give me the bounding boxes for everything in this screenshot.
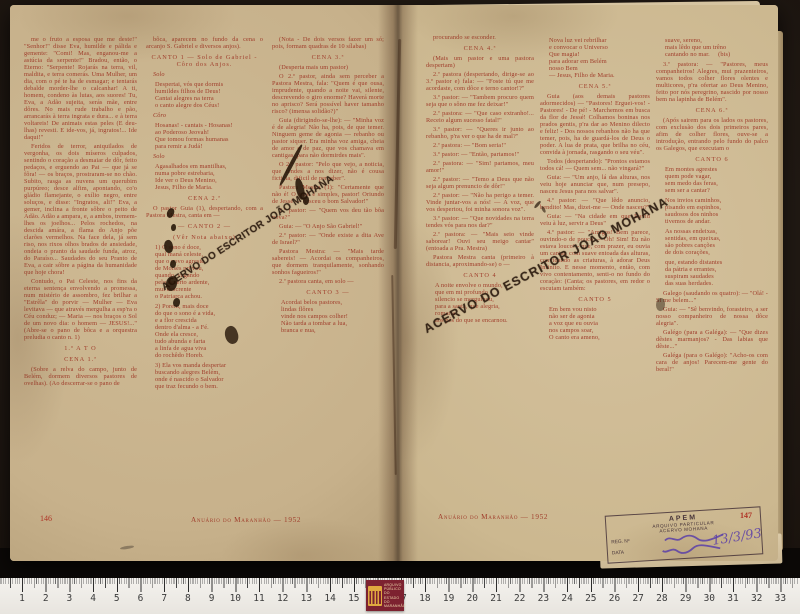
text-block: CENA 3.ª <box>272 54 384 61</box>
ruler-number: 1 <box>19 593 25 604</box>
text-block: O 2.º pastor, ainda sem perceber a Pasto… <box>272 73 384 115</box>
ink-blot <box>173 298 180 307</box>
logo-caption: ARQUIVO PÚBLICO DO ESTADO DO MARANHÃO <box>384 583 406 607</box>
ruler-number: 27 <box>632 593 643 604</box>
text-block: Côro <box>146 112 263 119</box>
text-block: Guia: — "O Anjo São Gabriel!" <box>272 223 384 230</box>
text-block: CENA 4.ª <box>426 45 534 52</box>
ruler-number: 7 <box>161 593 167 604</box>
text-block: Pastora Mestra: — "Mais tarde sabereis! … <box>272 248 384 276</box>
ruler-number: 12 <box>277 593 288 604</box>
ruler-number: 30 <box>704 593 715 604</box>
ruler-number: 31 <box>727 593 738 604</box>
ruler-number: 23 <box>538 593 549 604</box>
text-block: bôca, aparecem no fundo da cena o arcanj… <box>146 36 263 50</box>
text-block: 4.º pastor: — "Que lêdo anuncio, bendito… <box>540 197 650 211</box>
book-spread: me o fruto a esposa que me deste!" "Senh… <box>10 5 778 561</box>
scanned-book-photo: me o fruto a esposa que me deste!" "Senh… <box>0 0 800 614</box>
stamp-reg-label: REG. Nº <box>611 539 630 545</box>
text-block: 3.º pastor: — "Que novidades na terra te… <box>426 215 534 229</box>
text-block: 2.ª pastora (despertando, dirige-se ao 3… <box>426 71 534 92</box>
text-block: Solo <box>146 71 263 78</box>
text-block: Despertai, vós que dormis humildes filho… <box>155 81 263 109</box>
text-column: me o fruto a esposa que me deste!" "Senh… <box>24 36 137 510</box>
text-block: que, estando distantes da pátria e erran… <box>665 259 768 287</box>
ruler-number: 25 <box>585 593 596 604</box>
text-block: 2.º pastor: — "Não ha perigo a temer. Vi… <box>426 192 534 213</box>
ink-mark <box>656 298 665 311</box>
text-block: procurando se esconder. <box>426 34 534 41</box>
text-block: 2.ª pastora: — "Bom seria!" <box>426 142 534 149</box>
ruler-number: 6 <box>138 593 144 604</box>
ink-scribble <box>303 196 309 205</box>
text-block: Todos (despertando): "Prontos estamos to… <box>540 158 650 172</box>
ruler-number: 11 <box>253 593 264 604</box>
text-block: Galégo (para a Galéga): — "Que dizes dês… <box>656 329 768 350</box>
text-block: CENA 2.ª <box>146 195 263 202</box>
ruler-number: 26 <box>609 593 620 604</box>
ruler-number: 14 <box>324 593 335 604</box>
text-block: (Após sairem para os lados os pastores, … <box>656 117 768 152</box>
text-block: Agasalhados em mantilhas, numa pobre est… <box>155 163 263 191</box>
text-block: 3.º pastor: — "Então, partamos!" <box>426 151 534 158</box>
text-block: Guia: — "Um anjo, lá das alturas, nos ve… <box>540 174 650 195</box>
text-block: 3.º pastor: — "Tambem procuro quem seja … <box>426 94 534 108</box>
ruler-number: 8 <box>185 593 191 604</box>
stamp-date-label: DATA <box>612 551 624 557</box>
text-block: me o fruto a esposa que me deste!" "Senh… <box>24 36 137 141</box>
text-column: bôca, aparecem no fundo da cena o arcanj… <box>146 36 263 510</box>
running-footer: Anuário do Maranhão — 1952 <box>438 513 548 521</box>
text-block: CENA 6.ª <box>656 107 768 114</box>
ruler-number: 21 <box>490 593 501 604</box>
ruler-number: 15 <box>348 593 359 604</box>
page-146: me o fruto a esposa que me deste!" "Senh… <box>10 5 400 561</box>
text-block: CANTO 5 <box>540 296 650 303</box>
ruler-number: 4 <box>90 593 96 604</box>
text-block: 2.º pastor: — "Temo a Deus que não seja … <box>426 176 534 190</box>
ruler-number: 2 <box>43 593 49 604</box>
text-block: (Desperta mais um pastor) <box>272 64 384 71</box>
ruler: 1234567891011121314151617181920212223242… <box>0 578 800 614</box>
ruler-number: 24 <box>561 593 572 604</box>
text-block: Solo <box>146 153 263 160</box>
ruler-number: 19 <box>443 593 454 604</box>
ruler-number: 3 <box>67 593 73 604</box>
ruler-number: 22 <box>514 593 525 604</box>
building-icon <box>368 586 382 606</box>
ink-blot <box>171 224 176 231</box>
text-block: 3.º pastor: — "Queres ir junto ao rebanh… <box>426 126 534 140</box>
text-block: As nossas endeixas, sentidas, em queixas… <box>665 228 768 256</box>
text-block: Em montes agrestes quem pode vagar, sem … <box>665 166 768 194</box>
text-block: Feridos de terror, aniquilados de vergon… <box>24 143 137 276</box>
text-block: (Mais um pastor e uma pastora despertam) <box>426 55 534 69</box>
text-block: Nova luz vei rebrilhar e convocar o Univ… <box>549 37 650 79</box>
page-number: 146 <box>40 514 52 523</box>
text-block: Galéga (para o Galégo): "Acho-os com car… <box>656 352 768 373</box>
text-column: Nova luz vei rebrilhar e convocar o Univ… <box>540 34 650 508</box>
text-block: CANTO 1 — Solo de Gabriel - Côro dos Anj… <box>146 54 263 68</box>
apem-logo: ARQUIVO PÚBLICO DO ESTADO DO MARANHÃO <box>366 580 404 611</box>
ruler-number: 13 <box>301 593 312 604</box>
ruler-number: 10 <box>230 593 241 604</box>
text-block: Guia (dirigindo-se-lhe): — "Minha voz é … <box>272 117 384 159</box>
page-147: procurando se esconder.CENA 4.ª(Mais um … <box>400 5 778 561</box>
text-block: 2.ª pastora canta, em solo — <box>272 278 384 285</box>
text-column: (Nota - De dois versos fazer um só; pois… <box>272 36 384 510</box>
text-block: 3.ª pastora: — "Pastores, meus companhei… <box>656 61 768 103</box>
text-block: Guia: — "Sê benvindo, forasteiro, a ser … <box>656 306 768 327</box>
text-block: 2.ª pastora: — "Sim! partamos, meu amor!… <box>426 160 534 174</box>
ruler-number: 5 <box>114 593 120 604</box>
running-footer: Anuário do Maranhão — 1952 <box>191 516 301 524</box>
text-block: CANTO 3 — <box>272 289 384 296</box>
text-block: CENA 5.ª <box>540 83 650 90</box>
ruler-number: 32 <box>751 593 762 604</box>
text-block: CENA 1.ª <box>24 356 137 363</box>
ruler-number: 29 <box>680 593 691 604</box>
text-block: 1.º A T O <box>24 345 137 352</box>
text-block: 2) Porem, mais doce do que o sono é a vi… <box>155 303 263 359</box>
text-block: Galego (saudando os quatro): — "Olá! - S… <box>656 290 768 304</box>
text-column: suave, sereno, mais lêdo que um trêno ca… <box>656 34 768 508</box>
ink-blot <box>170 260 176 268</box>
text-block: Hosanas! - cantais - Hosanas! ao Poderos… <box>155 122 263 150</box>
text-block: suave, sereno, mais lêdo que um trêno ca… <box>665 37 768 58</box>
text-block: CANTO 6 <box>656 156 768 163</box>
ruler-number: 33 <box>775 593 786 604</box>
ruler-number: 9 <box>209 593 215 604</box>
text-block: Em bem vou nisto não ser de agonia a voz… <box>549 306 650 341</box>
text-block: (Sobre a relva do campo, junto de Belém,… <box>24 366 137 387</box>
text-block: Pastora Mestra canta (primeiro à distanc… <box>426 254 534 268</box>
text-block: Nos invios caminhos, pisando em espinhos… <box>665 197 768 225</box>
ruler-number: 20 <box>467 593 478 604</box>
text-block: Guia (aos demais pastores adormecidos) —… <box>540 93 650 156</box>
text-block: 2.º pastor: — "Onde existe a dita Ave de… <box>272 232 384 246</box>
ruler-number: 18 <box>419 593 430 604</box>
text-block: 2.ª pastora: — "Mais seio vinde saborear… <box>426 231 534 252</box>
text-block: O pastor Guia (1), despertando, com a Pa… <box>146 205 263 219</box>
text-block: (Nota - De dois versos fazer um só; pois… <box>272 36 384 50</box>
text-block: Acordai belos pastores, lindas flôres vi… <box>281 299 384 334</box>
text-block: 3) Ela vos manda despertar buscando aleg… <box>155 362 263 390</box>
ruler-number: 28 <box>656 593 667 604</box>
text-block: Contudo, o Pai Celeste, nos fins da eter… <box>24 278 137 341</box>
text-block: 2.ª pastora: — "Que caso extranho!... Re… <box>426 110 534 124</box>
